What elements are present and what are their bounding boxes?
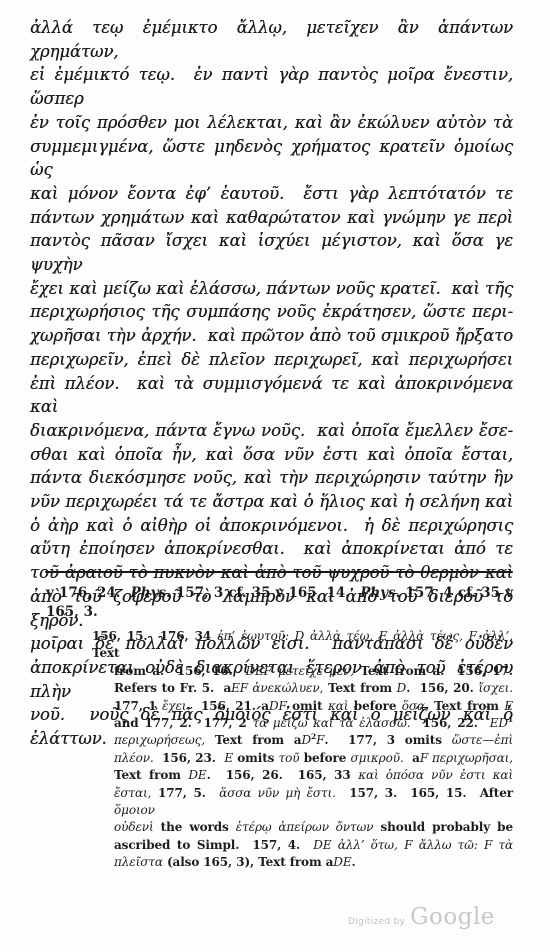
apparatus-line: from a. 156, 16. DEF μετεῖχε μὲν, Text f… bbox=[114, 663, 513, 680]
text-segment: Text from bbox=[114, 768, 188, 782]
text-segment: DEF bbox=[246, 664, 278, 678]
apparatus-line: Refers to Fr. 5. aEF ἀνεκώλυεν, Text fro… bbox=[114, 680, 513, 697]
book-page: ἀλλά τεῳ ἐμέμικτο ἄλλῳ, μετεῖχεν ἂν ἁπάν… bbox=[0, 0, 550, 952]
text-segment: 177, 1 bbox=[114, 699, 162, 713]
divider-rule bbox=[45, 571, 513, 573]
text-segment: τὰ bbox=[498, 838, 513, 852]
text-segment: DE bbox=[313, 838, 337, 852]
text-segment: ὥστε—ἐπὶ bbox=[452, 733, 513, 747]
text-segment: ἄλλω τῶ: bbox=[419, 838, 484, 852]
text-segment: ἑτέρῳ ἀπείρων ὄντων bbox=[236, 820, 374, 834]
text-segment: τὰ μείζω καὶ τὰ ἐλάσσω. bbox=[253, 716, 411, 730]
text-segment: Phys. bbox=[360, 585, 400, 601]
text-segment: Text from bbox=[323, 681, 396, 695]
text-segment: ὅμοιον bbox=[114, 803, 155, 817]
text-segment: v 176, 24. bbox=[46, 585, 131, 601]
text-segment: before bbox=[299, 751, 350, 765]
apparatus-line: ἔσται, 177, 5. ἅσσα νῦν μὴ ἔστι. 157, 3.… bbox=[114, 785, 513, 820]
text-segment: 157, 4 cf. 35 v bbox=[400, 585, 513, 601]
text-segment: the words bbox=[154, 820, 236, 834]
text-segment: ἅσσα νῦν μὴ ἔστι. bbox=[219, 786, 336, 800]
text-segment: ἀλλὰ τέως, bbox=[393, 629, 468, 643]
apparatus-notes-block: 156, 15. 176, 34 ἐπ’ ἑωυτοῦ: D ἀλλὰ τέω,… bbox=[114, 628, 513, 872]
text-segment: F bbox=[404, 838, 418, 852]
text-segment: 157, 3. 165, 15. After bbox=[336, 786, 513, 800]
text-segment: ἔσται, bbox=[114, 786, 151, 800]
text-segment: καὶ ὁπόσα νῦν ἐστι καὶ bbox=[358, 768, 513, 782]
text-segment: (also 165, 3), Text from a bbox=[163, 855, 333, 869]
greek-line: ἐπὶ πλέον. καὶ τὰ συμμισγόμενά τε καὶ ἀπ… bbox=[30, 372, 513, 419]
greek-line: διακρινόμενα, πάντα ἔγνω νοῦς. καὶ ὁποῖα… bbox=[30, 419, 513, 443]
text-segment: from a. 156, 16. bbox=[114, 664, 246, 678]
text-segment: D bbox=[295, 629, 310, 643]
text-segment: Text from bbox=[429, 699, 505, 713]
greek-line: πάντα διεκόσμησε νοῦς, καὶ τὴν περιχώρησ… bbox=[30, 466, 513, 490]
text-segment: EF bbox=[231, 681, 252, 695]
text-segment: before bbox=[348, 699, 401, 713]
text-segment: ἀλλὰ τέω, bbox=[310, 629, 379, 643]
greek-line: τοῦ ἀραιοῦ τὸ πυκνὸν καὶ ἀπὸ τοῦ ψυχροῦ … bbox=[30, 561, 513, 585]
text-segment: 177, 5. bbox=[151, 786, 219, 800]
text-segment: should probably be bbox=[373, 820, 513, 834]
apparatus-line: περιχωρήσεως, Text from aD2F. 177, 3 omi… bbox=[114, 732, 513, 749]
text-segment: D bbox=[397, 681, 407, 695]
text-segment: . 156, 26. 165, 33 bbox=[207, 768, 359, 782]
citation-block: v 176, 24. Phys. 157, 3 cf. 35 v 165, 14… bbox=[46, 584, 513, 622]
text-segment: τοῦ bbox=[279, 751, 300, 765]
text-segment: περιχωρῆσαι, bbox=[432, 751, 513, 765]
text-segment: 156, 21. a bbox=[190, 699, 269, 713]
text-segment: E bbox=[504, 699, 513, 713]
apparatus-line: 156, 15. 176, 34 ἐπ’ ἑωυτοῦ: D ἀλλὰ τέω,… bbox=[92, 628, 513, 663]
text-segment: ἀνεκώλυεν, bbox=[252, 681, 323, 695]
text-segment: καὶ bbox=[328, 699, 348, 713]
greek-line: νῦν περιχωρέει τά τε ἄστρα καὶ ὁ ἥλιος κ… bbox=[30, 490, 513, 514]
text-segment: ἀλλ’, bbox=[483, 629, 513, 643]
greek-line: ἐν τοῖς πρόσθεν μοι λέλεκται, καὶ ἂν ἐκώ… bbox=[30, 111, 513, 135]
text-segment: 156, 15. 176, 34 bbox=[92, 629, 217, 643]
text-segment: . bbox=[351, 855, 355, 869]
text-segment: . 177, 3 omits bbox=[324, 733, 451, 747]
citation-line: v 176, 24. Phys. 157, 3 cf. 35 v 165, 14… bbox=[46, 584, 513, 603]
apparatus-line: πλεῖστα (also 165, 3), Text from aDE. bbox=[114, 854, 513, 871]
text-segment: ἔχει. bbox=[162, 699, 190, 713]
greek-line: εἰ ἐμέμικτό τεῳ. ἐν παντὶ γὰρ παντὸς μοῖ… bbox=[30, 63, 513, 110]
text-segment: Refers to Fr. 5. a bbox=[114, 681, 231, 695]
greek-line: σθαι καὶ ὁποῖα ἦν, καὶ ὅσα νῦν ἐστι καὶ … bbox=[30, 443, 513, 467]
greek-line: καὶ μόνον ἔοντα ἐφ’ ἑαυτοῦ. ἔστι γὰρ λεπ… bbox=[30, 182, 513, 206]
text-segment: DE bbox=[188, 768, 206, 782]
apparatus-line: οὐδενὶ the words ἑτέρῳ ἀπείρων ὄντων sho… bbox=[114, 819, 513, 836]
watermark-prefix: Digitized by bbox=[348, 917, 405, 927]
greek-line: ὁ ἀὴρ καὶ ὁ αἰθὴρ οἱ ἀποκρινόμενοι. ἡ δὲ… bbox=[30, 514, 513, 538]
greek-line: πάντων χρημάτων καὶ καθαρώτατον καὶ γνώμ… bbox=[30, 206, 513, 230]
greek-line: περιχωρήσιος τῆς συμπάσης νοῦς ἐκράτησεν… bbox=[30, 300, 513, 324]
text-segment: Text from a bbox=[205, 733, 301, 747]
text-segment: ἴσχει. bbox=[478, 681, 513, 695]
text-segment: E bbox=[224, 751, 233, 765]
greek-line: παντὸς πᾶσαν ἴσχει καὶ ἰσχύει μέγιστον, … bbox=[30, 229, 513, 276]
text-segment: F bbox=[469, 629, 483, 643]
text-segment: 157, 3 cf. 35 v 165, 14. bbox=[171, 585, 360, 601]
text-segment: οὐδενὶ bbox=[114, 820, 154, 834]
text-segment: and 177, 2. 177, 2 bbox=[114, 716, 253, 730]
greek-line: ἀλλά τεῳ ἐμέμικτο ἄλλῳ, μετεῖχεν ἂν ἁπάν… bbox=[30, 16, 513, 63]
greek-line: ἔχει καὶ μείζω καὶ ἐλάσσω, πάντων νοῦς κ… bbox=[30, 277, 513, 301]
text-segment: ὅσα, bbox=[402, 699, 429, 713]
text-segment: F bbox=[420, 751, 432, 765]
greek-line: χωρῆσαι τὴν ἀρχήν. καὶ πρῶτον ἀπὸ τοῦ σμ… bbox=[30, 324, 513, 348]
citation-line: 165, 3. bbox=[46, 603, 513, 622]
watermark-brand: Google bbox=[410, 904, 495, 930]
text-segment: omit bbox=[287, 699, 328, 713]
text-segment: ἀλλ’ ὅτω, bbox=[338, 838, 398, 852]
text-segment: F bbox=[484, 838, 498, 852]
text-segment: D bbox=[301, 733, 311, 747]
text-segment: omits bbox=[233, 751, 279, 765]
apparatus-line: ascribed to Simpl. 157, 4. DE ἀλλ’ ὅτω, … bbox=[114, 837, 513, 854]
text-segment: DE bbox=[333, 855, 351, 869]
greek-line: συμμεμιγμένα, ὥστε μηδενὸς χρήματος κρατ… bbox=[30, 135, 513, 182]
google-watermark: Digitized by Google bbox=[348, 904, 495, 930]
text-segment: ED bbox=[490, 716, 508, 730]
text-segment: a bbox=[404, 751, 420, 765]
greek-line: αὕτη ἐποίησεν ἀποκρίνεσθαι. καὶ ἀποκρίνε… bbox=[30, 537, 513, 561]
apparatus-line: πλέον. 156, 23. E omits τοῦ before σμικρ… bbox=[114, 750, 513, 767]
text-segment: . 156, 20. bbox=[406, 681, 478, 695]
text-segment: πλεῖστα bbox=[114, 855, 163, 869]
apparatus-line: Text from DE. 156, 26. 165, 33 καὶ ὁπόσα… bbox=[114, 767, 513, 784]
text-segment: σμικροῦ. bbox=[351, 751, 404, 765]
text-segment: μετεῖχε μὲν, bbox=[278, 664, 354, 678]
text-segment: E bbox=[379, 629, 393, 643]
text-segment: DF bbox=[269, 699, 287, 713]
text-segment: 1 bbox=[508, 715, 513, 724]
text-segment: ascribed to Simpl. 157, 4. bbox=[114, 838, 313, 852]
text-segment: Text bbox=[92, 646, 120, 660]
text-segment: 165, 3. bbox=[46, 604, 98, 620]
greek-line: περιχωρεῖν, ἐπεὶ δὲ πλεῖον περιχωρεῖ, κα… bbox=[30, 348, 513, 372]
text-segment: 156, 23. bbox=[154, 751, 225, 765]
text-segment: Phys. bbox=[131, 585, 171, 601]
text-segment: Text from a. 156, 17. bbox=[354, 664, 513, 678]
text-segment: πλέον. bbox=[114, 751, 154, 765]
apparatus-line: 177, 1 ἔχει. 156, 21. aDF omit καὶ befor… bbox=[114, 698, 513, 715]
text-segment: ἐπ’ ἑωυτοῦ: bbox=[217, 629, 294, 643]
apparatus-line: and 177, 2. 177, 2 τὰ μείζω καὶ τὰ ἐλάσσ… bbox=[114, 715, 513, 732]
text-segment: 156, 22. bbox=[411, 716, 490, 730]
text-segment: περιχωρήσεως, bbox=[114, 733, 205, 747]
